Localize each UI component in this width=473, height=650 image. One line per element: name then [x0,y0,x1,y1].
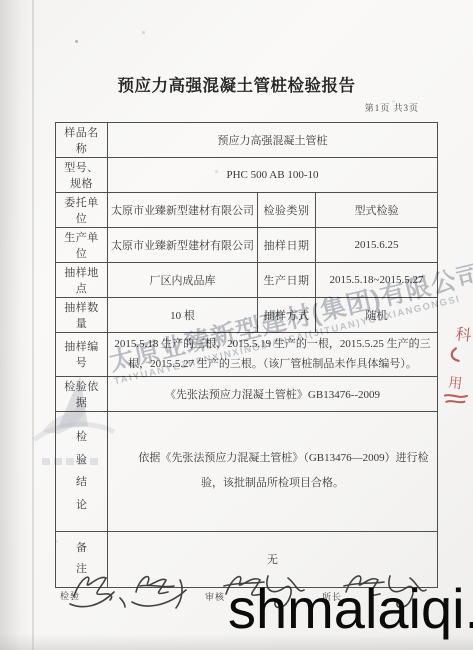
scanned-report-page: 预应力高强混凝土管桩检验报告 第1页 共3页 样品名称 预应力高强混凝土管桩 型… [0,0,473,650]
row-label: 检验依据 [56,376,108,411]
overlay-watermark-text: shmalaiqi. [228,581,473,637]
row-value: 型式检验 [316,193,438,228]
seal-character: 用 [447,372,473,394]
row-label: 抽样数量 [56,298,108,333]
row-value: PHC 500 AB 100-10 [108,158,438,193]
row-label: 委托单位 [56,193,108,228]
row-label: 型号、规格 [56,158,108,193]
row-value: 随机 [316,298,438,333]
row-value: 厂区内成品库 [108,263,258,298]
row-label: 抽样地点 [56,263,108,298]
seal-stroke [446,344,473,367]
seal-character: 科 [454,321,473,346]
report-table: 样品名称 预应力高强混凝土管桩 型号、规格 PHC 500 AB 100-10 … [55,122,438,588]
row-value: 2015.6.25 [316,228,438,263]
row-label: 生产日期 [258,263,316,298]
table-row: 抽样数量 10 根 抽样方式 随机 [56,298,438,333]
row-label: 抽样编号 [56,333,108,377]
row-value: 太原市业臻新型建材有限公司 [108,228,258,263]
page-fold-line [32,0,34,650]
row-value: 依据《先张法预应力混凝土管桩》（GB13476—2009）进行检验，该批制品所检… [108,411,438,531]
table-row: 委托单位 太原市业臻新型建材有限公司 检验类别 型式检验 [56,193,438,228]
report-title: 预应力高强混凝土管桩检验报告 [0,72,473,96]
table-row: 抽样地点 厂区内成品库 生产日期 2015.5.18~2015.5.27 [56,263,438,298]
row-value: 2015.5.18 生产的三根，2015.5.19 生产的一根，2015.5.2… [108,333,438,377]
table-row: 抽样编号 2015.5.18 生产的三根，2015.5.19 生产的一根，201… [56,333,438,377]
table-row: 检验结论 依据《先张法预应力混凝土管桩》（GB13476—2009）进行检验，该… [56,411,438,531]
table-row: 样品名称 预应力高强混凝土管桩 [56,123,438,158]
table-row: 生产单位 太原市业臻新型建材有限公司 抽样日期 2015.6.25 [56,228,438,263]
row-value: 10 根 [108,298,258,333]
row-label: 检验结论 [56,411,108,531]
row-label: 抽样日期 [258,228,316,263]
page-number-note: 第1页 共3页 [365,101,419,114]
row-value: 《先张法预应力混凝土管桩》GB13476--2009 [108,376,438,411]
scan-edge-shadow [0,0,34,650]
row-label: 检验类别 [258,193,316,228]
row-value: 太原市业臻新型建材有限公司 [108,193,258,228]
table-row: 型号、规格 PHC 500 AB 100-10 [56,158,438,193]
seal-underline [442,391,469,408]
row-label: 样品名称 [56,123,108,158]
row-value: 预应力高强混凝土管桩 [108,123,438,158]
red-seal-fragment: 科 用 [441,321,473,413]
row-value: 2015.5.18~2015.5.27 [316,263,438,298]
scan-noise [75,40,78,43]
row-label: 抽样方式 [258,298,316,333]
row-label: 生产单位 [56,228,108,263]
table-row: 检验依据 《先张法预应力混凝土管桩》GB13476--2009 [56,376,438,411]
